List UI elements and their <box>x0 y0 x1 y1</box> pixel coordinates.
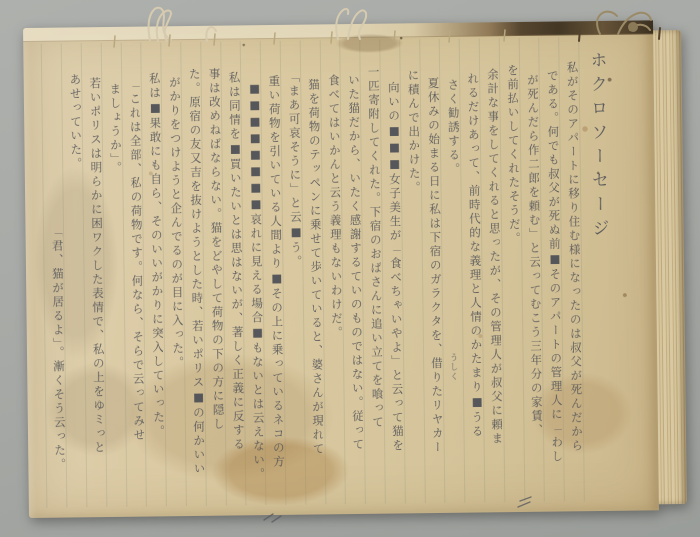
manuscript-text: 私がそのアパートに移り住む様になったのは叔父が死んだからである。何でも叔父が死ぬ… <box>37 59 582 494</box>
text-column: 「君、猫が居るよ」。漸くそう云った。 <box>47 66 65 494</box>
text-column: ■■■■■■■■哀れに見える場合■もないとは云えない。 <box>246 63 264 491</box>
text-column: 重い荷物を引いている人間より■その上に乗っているネコの方 <box>266 63 284 491</box>
text-column: 向いの■■■女子美生が「食べちゃいやよ」と云って猫を <box>385 61 403 489</box>
worn-binding-edge <box>23 20 653 42</box>
notebook: ホクロソーセージ 私がそのアパートに移り住む様になったのは叔父が死んだからである… <box>23 20 687 518</box>
manuscript-title: ホクロソーセージ <box>584 51 611 243</box>
text-column: に積んで出かけた。 <box>405 61 423 489</box>
text-column: 夏休みの始まる日に私は下宿のガラクタを、借りたリヤカー <box>425 61 443 489</box>
text-column: 食べてはいかんと云う義理もないわけだ。 <box>326 62 344 490</box>
text-column: である。何でも叔父が死ぬ前■そのアパートの管理人に「わし <box>545 60 563 488</box>
text-column: あせっていた。 <box>67 65 85 493</box>
text-column: ましょうか」。 <box>107 65 125 493</box>
text-column: れるだけあって、前時代的な義理と人情のかたまり■うる <box>465 60 483 488</box>
inserted-annotation: うしく <box>447 353 459 382</box>
manuscript-page: ホクロソーセージ 私がそのアパートに移り住む様になったのは叔父が死んだからである… <box>23 20 659 518</box>
text-column: 私は同情を■買いたいとは思はないが、著しく正義に反する <box>226 63 244 491</box>
text-column: 一匹寄附してくれた。下宿のおばさんに追い立てを喰って <box>366 62 384 490</box>
text-column: 「これは全部、私の荷物です。何なら、そらで云ってみせ <box>127 65 145 493</box>
text-column: を前払いしてくれたそうだ。 <box>505 60 523 488</box>
text-column: 「まあ可哀そうに」と云■う。 <box>286 63 304 491</box>
text-column: いた猫だから、いたく感謝するていのものではない。従って <box>346 62 364 490</box>
text-column: 私は■果敢にも自ら、そのいいがかりに突入していった。 <box>147 64 165 492</box>
text-column: さく勧誘する。 <box>445 61 463 489</box>
manuscript-photo: ホクロソーセージ 私がそのアパートに移り住む様になったのは叔父が死んだからである… <box>0 0 700 537</box>
text-column: 若いポリスは明らかに困ワクした表情で、私の上をゆミっと <box>87 65 105 493</box>
text-column: 猫を荷物のテッペンに乗せて歩いていると、婆さんが現れて <box>306 62 324 490</box>
text-column: 私がそのアパートに移り住む様になったのは叔父が死んだから <box>564 59 582 487</box>
text-column: 事は改めねばならない。猫をどやして荷物の下の方に隠し <box>206 64 224 492</box>
text-column: 余計な事をしてくれると思ったが、その管理人が叔父に頼ま <box>485 60 503 488</box>
text-column: がかりをつけようと企んでるのが目に入った。 <box>167 64 185 492</box>
text-column: た。原宿の友又吉を抜けようとした時、若いポリス■の何かいい <box>187 64 205 492</box>
text-column: が死んだら作二郎を頼む」と云ってむこう三年分の家賃、 <box>525 60 543 488</box>
